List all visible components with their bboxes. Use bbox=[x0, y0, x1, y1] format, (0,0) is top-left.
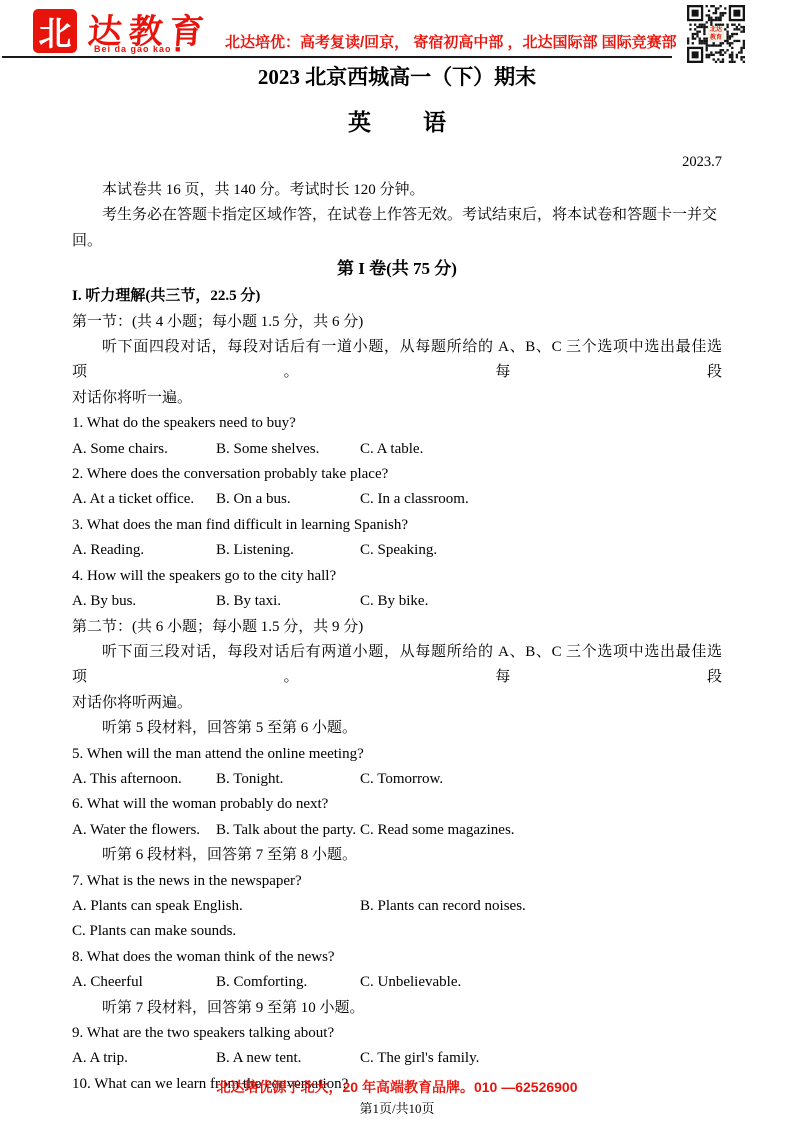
option: C. Tomorrow. bbox=[360, 767, 722, 792]
option: A. Reading. bbox=[72, 538, 216, 563]
text-line: 2. Where does the conversation probably … bbox=[72, 462, 722, 487]
option: A. Plants can speak English. bbox=[72, 894, 360, 919]
logo-stamp-icon: 北 bbox=[33, 9, 77, 53]
option: A. This afternoon. bbox=[72, 767, 216, 792]
text-line: 7. What is the news in the newspaper? bbox=[72, 869, 722, 894]
exam-date: 2023.7 bbox=[0, 152, 722, 172]
option: B. Talk about the party. bbox=[216, 818, 360, 843]
subject-char: 英 bbox=[348, 108, 371, 138]
options-row: A. By bus.B. By taxi.C. By bike. bbox=[72, 589, 722, 614]
qr-emblem-text: 教育 bbox=[708, 35, 724, 42]
options-row: A. Plants can speak English.B. Plants ca… bbox=[72, 894, 722, 919]
material-cue: 听第 7 段材料，回答第 9 至第 10 小题。 bbox=[72, 996, 722, 1021]
notice-line: 本试卷共 16 页，共 140 分。考试时长 120 分钟。 bbox=[72, 178, 722, 203]
qr-emblem-text: 北达 bbox=[708, 27, 724, 34]
exam-title: 2023 北京西城高一（下）期末 bbox=[0, 62, 794, 92]
material-cue: 听第 5 段材料，回答第 5 至第 6 小题。 bbox=[72, 716, 722, 741]
text-line: 第一节：(共 4 小题；每小题 1.5 分，共 6 分) bbox=[72, 310, 722, 335]
option: B. Comforting. bbox=[216, 970, 360, 995]
options-row: A. Some chairs.B. Some shelves.C. A tabl… bbox=[72, 437, 722, 462]
option: A. A trip. bbox=[72, 1046, 216, 1071]
option: A. Water the flowers. bbox=[72, 818, 216, 843]
options-row: A. Water the flowers.B. Talk about the p… bbox=[72, 818, 722, 843]
section-heading: 第 I 卷(共 75 分) bbox=[72, 254, 722, 284]
text-line: 第二节：(共 6 小题；每小题 1.5 分，共 9 分) bbox=[72, 615, 722, 640]
option: C. The girl's family. bbox=[360, 1046, 722, 1071]
text-line: 3. What does the man find difficult in l… bbox=[72, 513, 722, 538]
option: B. Some shelves. bbox=[216, 437, 360, 462]
qr-code: 北达 教育 bbox=[687, 5, 745, 63]
options-row: A. CheerfulB. Comforting.C. Unbelievable… bbox=[72, 970, 722, 995]
text-line: 5. When will the man attend the online m… bbox=[72, 742, 722, 767]
option: B. Plants can record noises. bbox=[360, 894, 722, 919]
option: C. Unbelievable. bbox=[360, 970, 722, 995]
option: C. Read some magazines. bbox=[360, 818, 722, 843]
text-line: 1. What do the speakers need to buy? bbox=[72, 411, 722, 436]
logo-brand-subtext: Bei da gao kao ■ bbox=[94, 44, 181, 54]
option: C. A table. bbox=[360, 437, 722, 462]
text-line: 4. How will the speakers go to the city … bbox=[72, 564, 722, 589]
footer-promo: 北达培优源于北大，20 年高端教育品牌。010 —62526900 bbox=[0, 1077, 794, 1097]
option: C. By bike. bbox=[360, 589, 722, 614]
option: A. Cheerful bbox=[72, 970, 216, 995]
option: B. Tonight. bbox=[216, 767, 360, 792]
paragraph-line: 对话你将听两遍。 bbox=[72, 691, 722, 716]
option: B. Listening. bbox=[216, 538, 360, 563]
option: A. By bus. bbox=[72, 589, 216, 614]
options-row: A. A trip.B. A new tent.C. The girl's fa… bbox=[72, 1046, 722, 1071]
header-slogan: 北达培优：高考复读/回京， 寄宿初高中部 ，北达国际部 国际竞赛部 bbox=[225, 34, 677, 52]
option: C. In a classroom. bbox=[360, 487, 722, 512]
options-row: A. This afternoon.B. Tonight.C. Tomorrow… bbox=[72, 767, 722, 792]
page-indicator: 第1页/共10页 bbox=[0, 1099, 794, 1119]
notice-line: 考生务必在答题卡指定区域作答，在试卷上作答无效。考试结束后，将本试卷和答题卡一并… bbox=[72, 203, 722, 254]
paragraph-line: 对话你将听一遍。 bbox=[72, 386, 722, 411]
page-header: 北 达教育 Bei da gao kao ■ 北达培优：高考复读/回京， 寄宿初… bbox=[0, 0, 794, 60]
instruction-paragraph: 听下面三段对话，每段对话后有两道小题，从每题所给的 A、B、C 三个选项中选出最… bbox=[72, 640, 722, 716]
option: B. A new tent. bbox=[216, 1046, 360, 1071]
option: A. At a ticket office. bbox=[72, 487, 216, 512]
subject-title: 英 语 bbox=[0, 108, 794, 138]
options-row: A. Reading.B. Listening.C. Speaking. bbox=[72, 538, 722, 563]
subject-char: 语 bbox=[423, 108, 446, 138]
material-cue: 听第 6 段材料，回答第 7 至第 8 小题。 bbox=[72, 843, 722, 868]
text-line: 8. What does the woman think of the news… bbox=[72, 945, 722, 970]
text-line: 6. What will the woman probably do next? bbox=[72, 792, 722, 817]
part-heading: I. 听力理解(共三节，22.5 分) bbox=[72, 284, 722, 309]
text-line: 9. What are the two speakers talking abo… bbox=[72, 1021, 722, 1046]
paragraph-line: 听下面四段对话，每段对话后有一道小题，从每题所给的 A、B、C 三个选项中选出最… bbox=[72, 335, 722, 386]
text-line: C. Plants can make sounds. bbox=[72, 919, 722, 944]
option: A. Some chairs. bbox=[72, 437, 216, 462]
exam-body: 本试卷共 16 页，共 140 分。考试时长 120 分钟。考生务必在答题卡指定… bbox=[72, 178, 722, 1097]
option: B. On a bus. bbox=[216, 487, 360, 512]
option: C. Speaking. bbox=[360, 538, 722, 563]
options-row: A. At a ticket office.B. On a bus.C. In … bbox=[72, 487, 722, 512]
paragraph-line: 听下面三段对话，每段对话后有两道小题，从每题所给的 A、B、C 三个选项中选出最… bbox=[72, 640, 722, 691]
option: B. By taxi. bbox=[216, 589, 360, 614]
instruction-paragraph: 听下面四段对话，每段对话后有一道小题，从每题所给的 A、B、C 三个选项中选出最… bbox=[72, 335, 722, 411]
page-footer: 北达培优源于北大，20 年高端教育品牌。010 —62526900 第1页/共1… bbox=[0, 1077, 794, 1119]
qr-center-emblem: 北达 教育 bbox=[708, 26, 724, 42]
header-divider bbox=[2, 56, 672, 58]
